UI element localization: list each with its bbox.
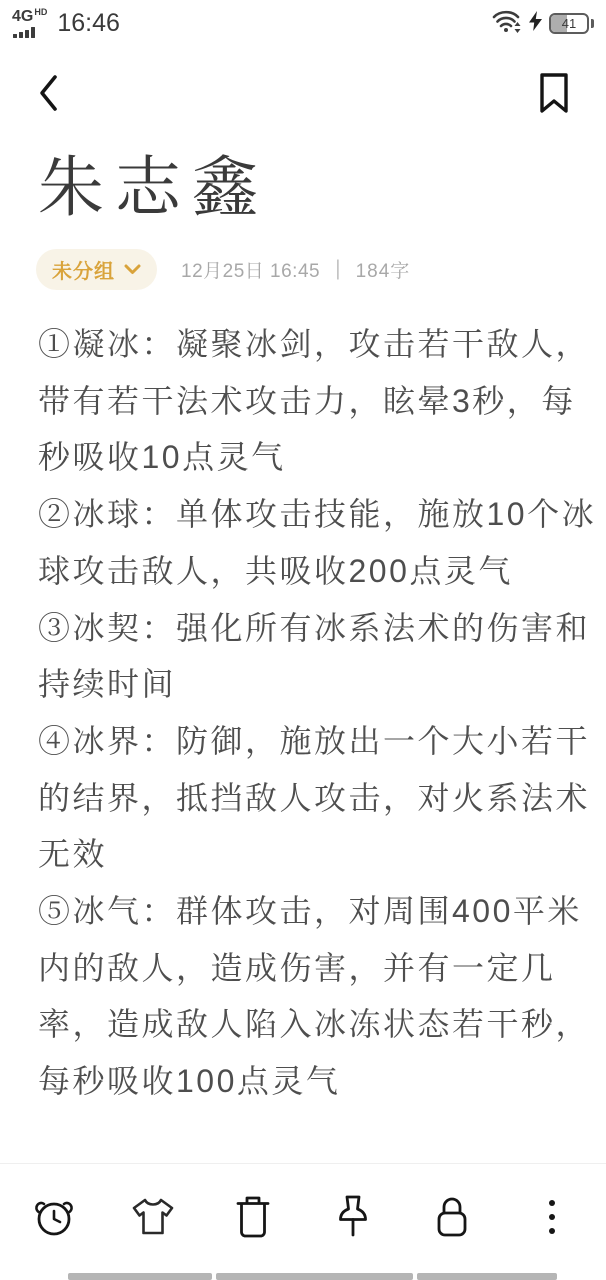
bottom-toolbar xyxy=(0,1163,606,1263)
note-title[interactable]: 朱志鑫 xyxy=(38,150,576,226)
note-line: 率，造成敌人陷入冰冻状态若干秒， xyxy=(38,996,598,1053)
wifi-icon xyxy=(492,8,522,39)
hd-voice-badge: HD xyxy=(34,8,47,17)
battery-nub xyxy=(591,19,594,28)
network-type-label: 4G xyxy=(12,9,33,25)
note-line: 球攻击敌人，共吸收200点灵气 xyxy=(38,543,598,600)
note-date: 12月25日 16:45 xyxy=(181,256,320,283)
nav-header xyxy=(0,58,606,130)
alarm-clock-icon xyxy=(32,1195,76,1242)
nav-bar-center[interactable] xyxy=(216,1273,413,1280)
category-selector[interactable]: 未分组 xyxy=(36,249,157,290)
status-bar: 4G HD 16:46 xyxy=(0,4,606,42)
signal-bars-icon xyxy=(13,27,35,38)
bookmark-button[interactable] xyxy=(538,72,570,117)
back-chevron-icon xyxy=(36,72,62,117)
word-count: 184字 xyxy=(356,256,411,283)
status-left-cluster: 4G HD 16:46 xyxy=(12,9,120,38)
note-meta-row: 未分组 12月25日 16:45 | 184字 xyxy=(36,248,410,290)
cellular-signal-icon: 4G HD xyxy=(12,9,47,38)
note-line: ④冰界：防御，施放出一个大小若干 xyxy=(38,713,598,770)
category-label: 未分组 xyxy=(52,255,115,284)
note-line: 无效 xyxy=(38,826,598,883)
reminder-button[interactable] xyxy=(30,1195,78,1243)
status-time: 16:46 xyxy=(57,11,120,38)
lock-button[interactable] xyxy=(428,1195,476,1243)
note-line: 每秒吸收100点灵气 xyxy=(38,1053,598,1110)
note-line: ③冰契：强化所有冰系法术的伤害和 xyxy=(38,600,598,657)
pin-icon xyxy=(334,1194,372,1243)
note-body[interactable]: ①凝冰：凝聚冰剑，攻击若干敌人， 带有若干法术攻击力，眩晕3秒，每 秒吸收10点… xyxy=(38,316,598,1110)
more-dots-icon xyxy=(547,1197,557,1240)
skin-button[interactable] xyxy=(129,1195,177,1243)
note-line: 持续时间 xyxy=(38,656,598,713)
note-line: ①凝冰：凝聚冰剑，攻击若干敌人， xyxy=(38,316,598,373)
pin-button[interactable] xyxy=(329,1195,377,1243)
notes-app-screen: 4G HD 16:46 xyxy=(0,0,606,1280)
note-line: 的结界，抵挡敌人攻击，对火系法术 xyxy=(38,770,598,827)
tshirt-icon xyxy=(130,1196,176,1241)
charging-bolt-icon xyxy=(529,11,542,36)
battery-percent: 41 xyxy=(551,15,587,32)
more-button[interactable] xyxy=(528,1195,576,1243)
chevron-down-icon xyxy=(124,258,141,281)
meta-divider: | xyxy=(335,257,340,281)
trash-icon xyxy=(233,1195,273,1242)
back-button[interactable] xyxy=(36,72,62,117)
nav-bar-right[interactable] xyxy=(417,1273,557,1280)
note-line: 秒吸收10点灵气 xyxy=(38,429,598,486)
delete-button[interactable] xyxy=(229,1195,277,1243)
note-line: 内的敌人，造成伤害，并有一定几 xyxy=(38,940,598,997)
nav-bar-left[interactable] xyxy=(68,1273,212,1280)
note-line: 带有若干法术攻击力，眩晕3秒，每 xyxy=(38,373,598,430)
battery-icon: 41 xyxy=(549,13,589,34)
note-line: ⑤冰气：群体攻击，对周围400平米 xyxy=(38,883,598,940)
bookmark-icon xyxy=(538,72,570,117)
lock-icon xyxy=(432,1194,472,1243)
note-line: ②冰球：单体攻击技能，施放10个冰 xyxy=(38,486,598,543)
gesture-navigation[interactable] xyxy=(68,1273,557,1280)
status-right-cluster: 41 xyxy=(492,8,594,39)
